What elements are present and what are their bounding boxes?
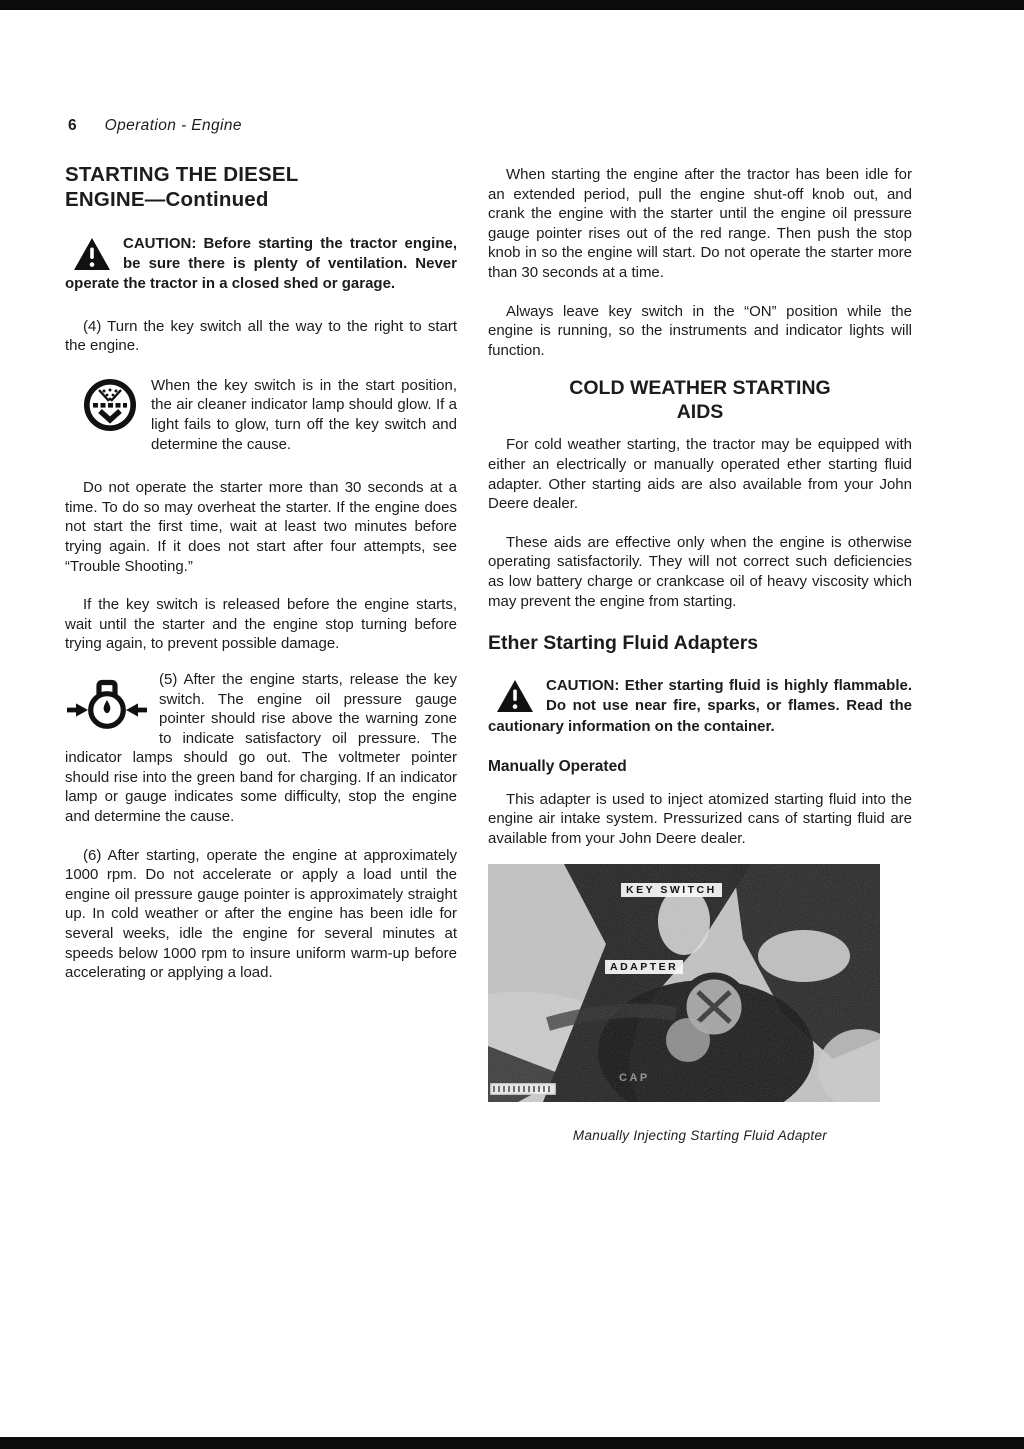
page-number: 6 xyxy=(68,117,77,134)
photo-artwork xyxy=(488,864,880,1102)
article-heading-line1: STARTING THE DIESEL xyxy=(65,162,457,187)
key-on-paragraph: Always leave key switch in the “ON” posi… xyxy=(488,302,912,361)
article-heading: STARTING THE DIESEL ENGINE—Continued xyxy=(65,162,457,212)
figure-caption: Manually Injecting Starting Fluid Adapte… xyxy=(488,1128,912,1143)
running-title: Operation - Engine xyxy=(105,117,242,134)
air-cleaner-indicator-icon xyxy=(83,378,137,432)
step-5-paragraph: (5) After the engine starts, release the… xyxy=(65,670,457,827)
manual-adapter-paragraph: This adapter is used to inject atomized … xyxy=(488,790,912,849)
photo-label-cap: CAP xyxy=(619,1072,650,1084)
oil-pressure-icon xyxy=(65,675,149,733)
air-cleaner-note-text: When the key switch is in the start posi… xyxy=(151,377,457,453)
cold-weather-heading-line1: COLD WEATHER STARTING xyxy=(488,376,912,400)
right-column: When starting the engine after the tract… xyxy=(488,160,912,1143)
key-release-paragraph: If the key switch is released before the… xyxy=(65,595,457,654)
idle-start-paragraph: When starting the engine after the tract… xyxy=(488,165,912,283)
page-header: 6Operation - Engine xyxy=(68,117,242,135)
scan-edge-bottom xyxy=(0,1437,1024,1449)
caution-note-text: CAUTION: Before starting the tractor eng… xyxy=(65,235,457,292)
starter-limit-paragraph: Do not operate the starter more than 30 … xyxy=(65,478,457,576)
caution-note: CAUTION: Before starting the tractor eng… xyxy=(65,234,457,295)
step-4-paragraph: (4) Turn the key switch all the way to t… xyxy=(65,317,457,356)
photo-label-adapter: ADAPTER xyxy=(605,960,683,974)
warning-triangle-icon xyxy=(73,237,111,271)
cold-weather-heading-line2: AIDS xyxy=(488,400,912,424)
ether-caution-text: CAUTION: Ether starting fluid is highly … xyxy=(488,677,912,734)
photo-figure: KEY SWITCH ADAPTER CAP xyxy=(488,864,880,1102)
ether-adapters-heading: Ether Starting Fluid Adapters xyxy=(488,631,912,655)
left-column: STARTING THE DIESEL ENGINE—Continued CAU… xyxy=(65,160,457,983)
cold-weather-heading: COLD WEATHER STARTING AIDS xyxy=(488,376,912,424)
aids-effectiveness-paragraph: These aids are effective only when the e… xyxy=(488,533,912,611)
air-cleaner-note: When the key switch is in the start posi… xyxy=(65,376,457,454)
photo-id-strip xyxy=(490,1083,556,1095)
manually-operated-heading: Manually Operated xyxy=(488,757,912,777)
warning-triangle-icon xyxy=(496,679,534,713)
article-heading-line2: ENGINE—Continued xyxy=(65,187,457,212)
ether-caution-note: CAUTION: Ether starting fluid is highly … xyxy=(488,676,912,737)
photo-label-key-switch: KEY SWITCH xyxy=(621,883,722,897)
scan-edge-top xyxy=(0,0,1024,10)
cold-weather-intro-paragraph: For cold weather starting, the tractor m… xyxy=(488,435,912,513)
step-6-paragraph: (6) After starting, operate the engine a… xyxy=(65,846,457,983)
